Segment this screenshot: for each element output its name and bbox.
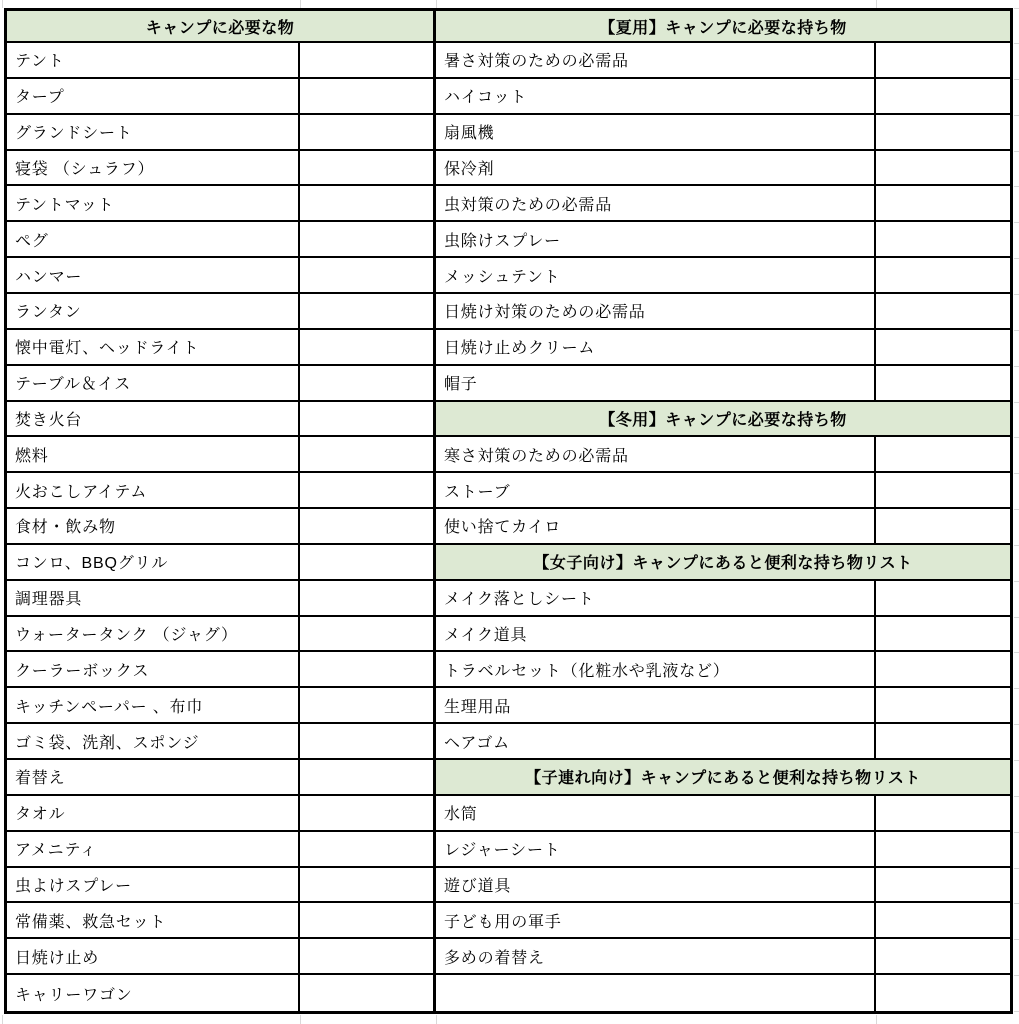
item-label-cell[interactable]: レジャーシート: [436, 832, 876, 868]
item-label-cell[interactable]: [436, 975, 876, 1011]
gridline-stub: [1014, 617, 1019, 618]
item-label-cell[interactable]: ヘアゴム: [436, 724, 876, 760]
check-cell[interactable]: [876, 796, 1010, 832]
check-cell[interactable]: [876, 652, 1010, 688]
check-cell[interactable]: [300, 402, 436, 438]
item-label-cell[interactable]: 扇風機: [436, 115, 876, 151]
check-cell[interactable]: [300, 366, 436, 402]
check-cell[interactable]: [876, 868, 1010, 904]
item-label-cell[interactable]: クーラーボックス: [7, 652, 300, 688]
item-label-cell[interactable]: テント: [7, 43, 300, 79]
check-cell[interactable]: [876, 903, 1010, 939]
gridline-stub: [1014, 8, 1019, 9]
check-cell[interactable]: [300, 79, 436, 115]
check-cell[interactable]: [300, 43, 436, 79]
item-label-cell[interactable]: 遊び道具: [436, 868, 876, 904]
item-label-cell[interactable]: ペグ: [7, 222, 300, 258]
check-cell[interactable]: [876, 294, 1010, 330]
gridline-stub: [1014, 796, 1019, 797]
section-header-cell[interactable]: 【女子向け】キャンプにあると便利な持ち物リスト: [436, 545, 1010, 581]
item-label-cell[interactable]: ゴミ袋、洗剤、スポンジ: [7, 724, 300, 760]
gridline-stub: [1014, 402, 1019, 403]
gridline-stub: [1014, 832, 1019, 833]
check-cell[interactable]: [876, 724, 1010, 760]
check-cell[interactable]: [300, 975, 436, 1011]
check-cell[interactable]: [876, 509, 1010, 545]
item-label-cell[interactable]: トラベルセット（化粧水や乳液など）: [436, 652, 876, 688]
check-cell[interactable]: [876, 617, 1010, 653]
section-header-cell[interactable]: 【子連れ向け】キャンプにあると便利な持ち物リスト: [436, 760, 1010, 796]
gridline-stub: [1014, 222, 1019, 223]
item-label-cell[interactable]: 虫よけスプレー: [7, 868, 300, 904]
check-cell[interactable]: [876, 258, 1010, 294]
item-label-cell[interactable]: ハイコット: [436, 79, 876, 115]
item-label-cell[interactable]: 子ども用の軍手: [436, 903, 876, 939]
check-cell[interactable]: [300, 151, 436, 187]
gridline-stub: [1014, 652, 1019, 653]
item-label-cell[interactable]: ウォータータンク （ジャグ）: [7, 617, 300, 653]
check-cell[interactable]: [876, 688, 1010, 724]
gridline-stub: [1014, 366, 1019, 367]
item-label-cell[interactable]: 食材・飲み物: [7, 509, 300, 545]
gridline-stub: [300, 0, 301, 8]
check-cell[interactable]: [300, 939, 436, 975]
item-label-cell[interactable]: 日焼け止め: [7, 939, 300, 975]
check-cell[interactable]: [876, 151, 1010, 187]
spreadsheet: キャンプに必要な物 【夏用】キャンプに必要な持ち物 テント暑さ対策のための必需品…: [4, 8, 1013, 1014]
check-cell[interactable]: [300, 222, 436, 258]
check-cell[interactable]: [300, 903, 436, 939]
check-cell[interactable]: [876, 366, 1010, 402]
check-cell[interactable]: [300, 581, 436, 617]
item-label-cell[interactable]: 暑さ対策のための必需品: [436, 43, 876, 79]
check-cell[interactable]: [876, 581, 1010, 617]
section-header-cell[interactable]: 【冬用】キャンプに必要な持ち物: [436, 402, 1010, 438]
check-cell[interactable]: [300, 330, 436, 366]
gridline-stub: [436, 1015, 437, 1024]
gridline-stub: [1014, 939, 1019, 940]
check-cell[interactable]: [300, 796, 436, 832]
gridline-stub: [1014, 581, 1019, 582]
gridline-stub: [1014, 545, 1019, 546]
item-label-cell[interactable]: 水筒: [436, 796, 876, 832]
item-label-cell[interactable]: 保冷剤: [436, 151, 876, 187]
check-cell[interactable]: [876, 473, 1010, 509]
item-label-cell[interactable]: 寒さ対策のための必需品: [436, 437, 876, 473]
gridline-stub: [2, 0, 3, 8]
gridline-stub: [1014, 151, 1019, 152]
gridline-stub: [436, 0, 437, 8]
item-label-cell[interactable]: グランドシート: [7, 115, 300, 151]
check-cell[interactable]: [300, 545, 436, 581]
item-label-cell[interactable]: 生理用品: [436, 688, 876, 724]
check-cell[interactable]: [300, 652, 436, 688]
gridline-stub: [1014, 1011, 1019, 1012]
check-cell[interactable]: [300, 186, 436, 222]
check-cell[interactable]: [876, 222, 1010, 258]
item-label-cell[interactable]: 着替え: [7, 760, 300, 796]
gridline-stub: [1014, 115, 1019, 116]
gridline-stub: [1014, 473, 1019, 474]
gridline-stub: [1014, 79, 1019, 80]
left-table-header-cell[interactable]: キャンプに必要な物: [7, 11, 436, 43]
check-cell[interactable]: [300, 688, 436, 724]
gridline-stub: [1014, 509, 1019, 510]
check-cell[interactable]: [876, 437, 1010, 473]
item-label-cell[interactable]: 常備薬、救急セット: [7, 903, 300, 939]
gridline-stub: [1014, 437, 1019, 438]
check-cell[interactable]: [876, 115, 1010, 151]
item-label-cell[interactable]: 虫除けスプレー: [436, 222, 876, 258]
gridline-stub: [1014, 724, 1019, 725]
check-cell[interactable]: [876, 330, 1010, 366]
item-label-cell[interactable]: 日焼け対策のための必需品: [436, 294, 876, 330]
item-label-cell[interactable]: 寝袋 （シュラフ）: [7, 151, 300, 187]
check-cell[interactable]: [876, 975, 1010, 1011]
item-label-cell[interactable]: メッシュテント: [436, 258, 876, 294]
check-cell[interactable]: [876, 186, 1010, 222]
check-cell[interactable]: [300, 509, 436, 545]
item-label-cell[interactable]: メイク道具: [436, 617, 876, 653]
check-cell[interactable]: [300, 294, 436, 330]
check-cell[interactable]: [300, 473, 436, 509]
item-label-cell[interactable]: 火おこしアイテム: [7, 473, 300, 509]
item-label-cell[interactable]: 虫対策のための必需品: [436, 186, 876, 222]
item-label-cell[interactable]: 使い捨てカイロ: [436, 509, 876, 545]
item-label-cell[interactable]: メイク落としシート: [436, 581, 876, 617]
check-cell[interactable]: [300, 617, 436, 653]
item-label-cell[interactable]: アメニティ: [7, 832, 300, 868]
item-label-cell[interactable]: 燃料: [7, 437, 300, 473]
item-label-cell[interactable]: 帽子: [436, 366, 876, 402]
check-cell[interactable]: [300, 437, 436, 473]
item-label-cell[interactable]: 多めの着替え: [436, 939, 876, 975]
item-label-cell[interactable]: テントマット: [7, 186, 300, 222]
check-cell[interactable]: [300, 724, 436, 760]
check-cell[interactable]: [300, 832, 436, 868]
item-label-cell[interactable]: キャリーワゴン: [7, 975, 300, 1011]
check-cell[interactable]: [300, 258, 436, 294]
item-label-cell[interactable]: キッチンペーパー 、布巾: [7, 688, 300, 724]
gridline-stub: [1014, 975, 1019, 976]
item-label-cell[interactable]: 懐中電灯、ヘッドライト: [7, 330, 300, 366]
gridline-stub: [1014, 760, 1019, 761]
gridline-stub: [1014, 258, 1019, 259]
check-cell[interactable]: [300, 868, 436, 904]
item-label-cell[interactable]: ハンマー: [7, 258, 300, 294]
check-cell[interactable]: [876, 832, 1010, 868]
check-cell[interactable]: [300, 115, 436, 151]
right-table-header-cell[interactable]: 【夏用】キャンプに必要な持ち物: [436, 11, 1010, 43]
item-label-cell[interactable]: 焚き火台: [7, 402, 300, 438]
item-label-cell[interactable]: コンロ、BBQグリル: [7, 545, 300, 581]
gridline-stub: [1014, 868, 1019, 869]
item-label-cell[interactable]: ランタン: [7, 294, 300, 330]
item-label-cell[interactable]: テーブル＆イス: [7, 366, 300, 402]
item-label-cell[interactable]: ストーブ: [436, 473, 876, 509]
check-cell[interactable]: [876, 43, 1010, 79]
item-label-cell[interactable]: 調理器具: [7, 581, 300, 617]
item-label-cell[interactable]: 日焼け止めクリーム: [436, 330, 876, 366]
gridline-stub: [1014, 330, 1019, 331]
item-label-cell[interactable]: タオル: [7, 796, 300, 832]
item-label-cell[interactable]: タープ: [7, 79, 300, 115]
gridline-stub: [2, 1015, 3, 1024]
gridline-stub: [300, 1015, 301, 1024]
gridline-stub: [1014, 43, 1019, 44]
gridline-stub: [1014, 903, 1019, 904]
check-cell[interactable]: [876, 939, 1010, 975]
gridline-stub: [1014, 186, 1019, 187]
gridline-stub: [876, 1015, 877, 1024]
check-cell[interactable]: [300, 760, 436, 796]
check-cell[interactable]: [876, 79, 1010, 115]
gridline-stub: [876, 0, 877, 8]
gridline-stub: [1014, 688, 1019, 689]
gridline-stub: [1014, 294, 1019, 295]
